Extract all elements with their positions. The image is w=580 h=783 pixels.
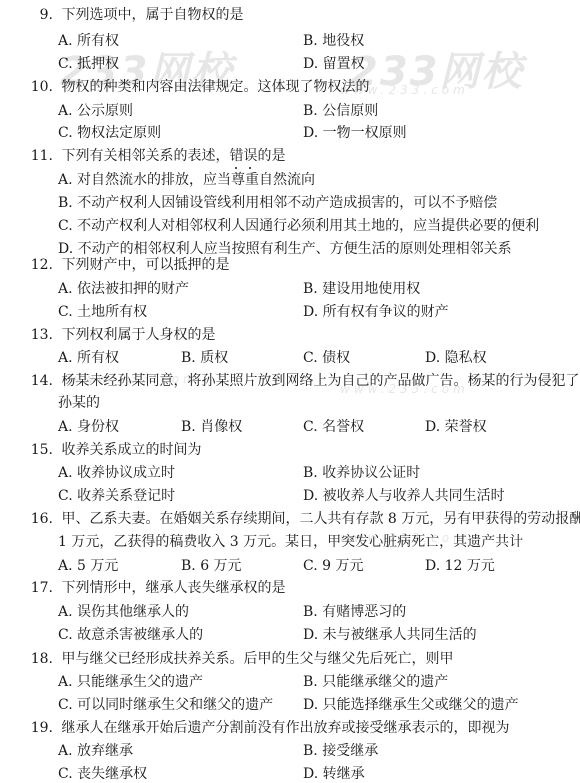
option-label: B.: [303, 33, 318, 49]
option-label: B.: [303, 103, 318, 119]
emph-char: 误: [243, 147, 257, 165]
option-label: D.: [303, 697, 318, 713]
option-c: C. 土地所有权: [58, 303, 147, 321]
option-text: 不动产权利人对相邻权利人因通行必须利用其土地的，应当提供必要的便利: [77, 218, 539, 234]
option-b: B. 不动产权利人因铺设管线利用相邻不动产造成损害的，可以不予赔偿: [58, 194, 497, 212]
option-label: D.: [303, 627, 318, 643]
question-text: 收养关系成立的时间为: [61, 442, 201, 458]
option-d: D. 只能选择继承生父或继父的遗产: [303, 696, 519, 714]
option-c: C. 名誉权: [303, 418, 364, 436]
option-text: 名誉权: [322, 419, 364, 435]
question-number: 14.: [28, 372, 53, 390]
option-text: 9 万元: [322, 558, 363, 574]
option-a: A. 公示原则: [58, 102, 133, 120]
option-b: B. 地役权: [303, 32, 364, 50]
question-18-stem: 18. 甲与继父已经形成扶养关系。后甲的生父与继父先后死亡，则甲: [28, 650, 453, 668]
option-d: D. 转继承: [303, 765, 365, 783]
option-text: 只能选择继承生父或继父的遗产: [323, 697, 519, 713]
option-label: A.: [58, 103, 73, 119]
question-text: 下列情形中，继承人丧失继承权的是: [61, 580, 285, 596]
option-label: C.: [303, 350, 318, 366]
option-c: C. 故意杀害被继承人的: [58, 626, 203, 644]
option-b: B. 6 万元: [181, 557, 242, 575]
option-text: 肖像权: [200, 419, 242, 435]
emphasized-word: 错误: [229, 148, 257, 164]
option-text: 误伤其他继承人的: [77, 604, 189, 620]
option-c: C. 债权: [303, 349, 350, 367]
option-text: 收养关系登记时: [77, 488, 175, 504]
question-number: 16.: [28, 510, 53, 528]
option-b: B. 建设用地使用权: [303, 280, 420, 298]
option-label: A.: [58, 33, 73, 49]
option-a: A. 收养协议成立时: [58, 464, 175, 482]
option-d: D. 被收养人与收养人共同生活时: [303, 487, 505, 505]
option-label: C.: [58, 766, 73, 782]
question-14-stem-line2: 孙某的: [58, 394, 100, 412]
option-label: D.: [303, 304, 318, 320]
question-text: 甲、乙系夫妻。在婚姻关系存续期间，二人共有存款 8 万元，另有甲获得的劳动报酬: [61, 511, 580, 527]
option-text: 所有权: [77, 350, 119, 366]
option-text: 债权: [322, 350, 350, 366]
option-label: A.: [58, 558, 73, 574]
question-17-stem: 17. 下列情形中，继承人丧失继承权的是: [28, 579, 285, 597]
option-label: B.: [181, 419, 196, 435]
question-9-stem: 9. 下列选项中，属于自物权的是: [35, 6, 243, 24]
option-label: A.: [58, 743, 73, 759]
option-c: C. 物权法定原则: [58, 124, 161, 142]
option-b: B. 肖像权: [181, 418, 242, 436]
option-b: B. 收养协议公证时: [303, 464, 420, 482]
option-label: C.: [58, 125, 73, 141]
option-text: 丧失继承权: [77, 766, 147, 782]
option-text: 地役权: [322, 33, 364, 49]
option-a: A. 依法被扣押的财产: [58, 280, 189, 298]
option-text: 所有权有争议的财产: [323, 304, 449, 320]
option-text: 12 万元: [445, 558, 495, 574]
option-c: C. 抵押权: [58, 55, 119, 73]
option-text: 只能继承继父的遗产: [322, 674, 448, 690]
option-label: B.: [181, 558, 196, 574]
option-text: 收养协议公证时: [322, 465, 420, 481]
question-text: 下列有关相邻关系的表述，: [61, 148, 229, 164]
option-c: C. 可以同时继承生父和继父的遗产: [58, 696, 273, 714]
option-a: A. 身份权: [58, 418, 119, 436]
option-label: A.: [58, 674, 73, 690]
option-text: 荣誉权: [445, 419, 487, 435]
option-c: C. 丧失继承权: [58, 765, 147, 783]
question-11-stem: 11. 下列有关相邻关系的表述，错误的是: [28, 147, 285, 165]
question-text: 下列财产中，可以抵押的是: [61, 257, 229, 273]
question-12-stem: 12. 下列财产中，可以抵押的是: [28, 256, 229, 274]
option-a: A. 对自然流水的排放，应当尊重自然流向: [58, 171, 315, 189]
option-text: 质权: [200, 350, 228, 366]
option-text: 转继承: [323, 766, 365, 782]
option-text: 6 万元: [200, 558, 241, 574]
option-text: 物权法定原则: [77, 125, 161, 141]
option-text: 身份权: [77, 419, 119, 435]
option-label: A.: [58, 419, 73, 435]
question-text: 物权的种类和内容由法律规定。这体现了物权法的: [61, 79, 369, 95]
question-number: 12.: [28, 256, 53, 274]
option-text: 只能继承生父的遗产: [77, 674, 203, 690]
option-a: A. 误伤其他继承人的: [58, 603, 189, 621]
option-label: D.: [425, 350, 440, 366]
question-16-stem: 16. 甲、乙系夫妻。在婚姻关系存续期间，二人共有存款 8 万元，另有甲获得的劳…: [28, 510, 580, 528]
option-label: A.: [58, 350, 73, 366]
exam-page: 233网校 233网校 www.233.com www.233.com www.…: [0, 0, 580, 783]
option-d: D. 未与被继承人共同生活的: [303, 626, 477, 644]
option-d: D. 所有权有争议的财产: [303, 303, 449, 321]
option-text: 5 万元: [77, 558, 118, 574]
question-number: 13.: [28, 326, 53, 344]
option-label: B.: [303, 743, 318, 759]
option-label: B.: [58, 195, 73, 211]
option-label: C.: [303, 558, 318, 574]
option-d: D. 隐私权: [425, 349, 487, 367]
question-14-stem: 14. 杨某未经孙某同意，将孙某照片放到网络上为自己的产品做广告。杨某的行为侵犯…: [28, 372, 579, 390]
option-c: C. 收养关系登记时: [58, 487, 175, 505]
option-text: 未与被继承人共同生活的: [323, 627, 477, 643]
option-label: D.: [303, 125, 318, 141]
option-label: C.: [58, 56, 73, 72]
option-text: 依法被扣押的财产: [77, 281, 189, 297]
option-text: 不动产的相邻权利人应当按照有利生产、方便生活的原则处理相邻关系: [78, 241, 512, 257]
option-text: 接受继承: [322, 743, 378, 759]
option-label: A.: [58, 172, 73, 188]
option-d: D. 一物一权原则: [303, 124, 407, 142]
option-text: 留置权: [323, 56, 365, 72]
option-b: B. 有赌博恶习的: [303, 603, 406, 621]
option-label: B.: [303, 465, 318, 481]
question-16-stem-line2: 1 万元，乙获得的稿费收入 3 万元。某日，甲突发心脏病死亡，其遗产共计: [58, 533, 523, 551]
option-text: 可以同时继承生父和继父的遗产: [77, 697, 273, 713]
option-label: C.: [58, 304, 73, 320]
option-a: A. 所有权: [58, 349, 119, 367]
option-text: 被收养人与收养人共同生活时: [323, 488, 505, 504]
option-text: 一物一权原则: [323, 125, 407, 141]
option-label: B.: [181, 350, 196, 366]
option-c: C. 不动产权利人对相邻权利人因通行必须利用其土地的，应当提供必要的便利: [58, 217, 539, 235]
option-d: D. 荣誉权: [425, 418, 487, 436]
option-label: D.: [425, 558, 440, 574]
option-a: A. 5 万元: [58, 557, 118, 575]
option-label: B.: [303, 281, 318, 297]
option-label: A.: [58, 465, 73, 481]
question-19-stem: 19. 继承人在继承开始后遗产分割前没有作出放弃或接受继承表示的，即视为: [28, 719, 509, 737]
option-label: A.: [58, 281, 73, 297]
option-b: B. 公信原则: [303, 102, 378, 120]
option-text: 隐私权: [445, 350, 487, 366]
option-label: D.: [303, 488, 318, 504]
option-c: C. 9 万元: [303, 557, 363, 575]
option-label: D.: [303, 56, 318, 72]
question-15-stem: 15. 收养关系成立的时间为: [28, 441, 201, 459]
option-text: 抵押权: [77, 56, 119, 72]
option-label: B.: [303, 674, 318, 690]
option-label: D.: [303, 766, 318, 782]
question-10-stem: 10. 物权的种类和内容由法律规定。这体现了物权法的: [28, 78, 369, 96]
option-a: A. 所有权: [58, 32, 119, 50]
emph-char: 错: [229, 147, 243, 165]
question-number: 15.: [28, 441, 53, 459]
option-text: 有赌博恶习的: [322, 604, 406, 620]
question-number: 9.: [35, 6, 53, 24]
option-label: B.: [303, 604, 318, 620]
question-number: 19.: [28, 719, 53, 737]
option-text: 建设用地使用权: [322, 281, 420, 297]
question-text: 杨某未经孙某同意，将孙某照片放到网络上为自己的产品做广告。杨某的行为侵犯了: [61, 373, 579, 389]
option-b: B. 接受继承: [303, 742, 378, 760]
option-b: B. 质权: [181, 349, 228, 367]
question-text: 下列选项中，属于自物权的是: [61, 7, 243, 23]
question-text: 甲与继父已经形成扶养关系。后甲的生父与继父先后死亡，则甲: [61, 651, 453, 667]
option-label: D.: [425, 419, 440, 435]
option-label: C.: [58, 697, 73, 713]
option-label: A.: [58, 604, 73, 620]
option-text: 公信原则: [322, 103, 378, 119]
option-d: D. 留置权: [303, 55, 365, 73]
question-text: 下列权利属于人身权的是: [61, 327, 215, 343]
question-number: 17.: [28, 579, 53, 597]
option-a: A. 放弃继承: [58, 742, 133, 760]
option-d: D. 12 万元: [425, 557, 495, 575]
option-text: 收养协议成立时: [77, 465, 175, 481]
question-number: 18.: [28, 650, 53, 668]
watermark: 233网校: [350, 40, 524, 97]
question-text: 继承人在继承开始后遗产分割前没有作出放弃或接受继承表示的，即视为: [61, 720, 509, 736]
option-b: B. 只能继承继父的遗产: [303, 673, 448, 691]
option-label: C.: [58, 488, 73, 504]
option-label: C.: [58, 627, 73, 643]
question-13-stem: 13. 下列权利属于人身权的是: [28, 326, 215, 344]
option-label: D.: [58, 241, 73, 257]
option-a: A. 只能继承生父的遗产: [58, 673, 203, 691]
question-number: 11.: [28, 147, 53, 165]
option-text: 所有权: [77, 33, 119, 49]
option-label: C.: [58, 218, 73, 234]
option-text: 公示原则: [77, 103, 133, 119]
option-text: 对自然流水的排放，应当尊重自然流向: [77, 172, 315, 188]
option-text: 不动产权利人因铺设管线利用相邻不动产造成损害的，可以不予赔偿: [77, 195, 497, 211]
option-label: C.: [303, 419, 318, 435]
question-number: 10.: [28, 78, 53, 96]
option-text: 土地所有权: [77, 304, 147, 320]
question-text-tail: 的是: [257, 148, 285, 164]
option-text: 放弃继承: [77, 743, 133, 759]
option-text: 故意杀害被继承人的: [77, 627, 203, 643]
